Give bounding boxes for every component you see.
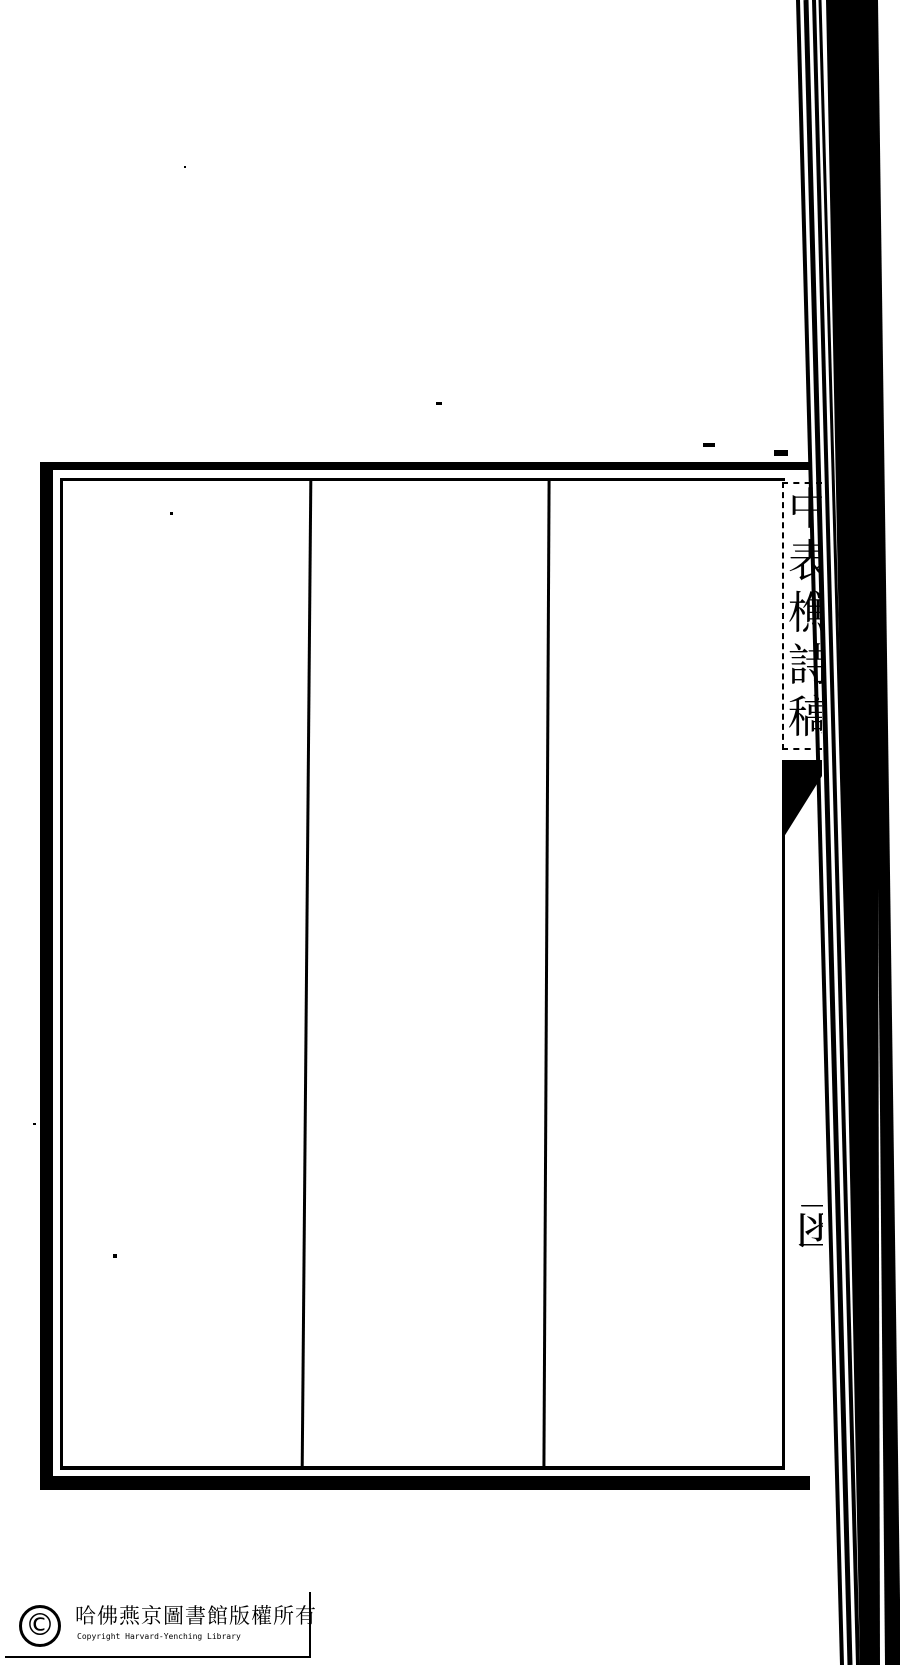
- copyright-icon: ©: [19, 1605, 61, 1647]
- ink-speck: [113, 1254, 117, 1258]
- ink-speck: [33, 1123, 36, 1125]
- copyright-english: Copyright Harvard-Yenching Library: [77, 1632, 241, 1641]
- title-slip: 中 表 樵 詩 稿: [782, 482, 822, 750]
- ink-speck: [436, 402, 442, 405]
- lower-label-char: 函: [795, 1198, 823, 1258]
- slip-column-line: [782, 830, 785, 1470]
- ink-speck: [774, 450, 788, 456]
- title-char-1: 中: [788, 484, 822, 536]
- ink-speck: [170, 512, 173, 515]
- title-char-4: 詩: [788, 640, 822, 692]
- title-char-3: 樵: [788, 588, 822, 640]
- ink-speck: [703, 443, 715, 447]
- page-frame-inner: [60, 478, 785, 1470]
- copyright-stamp: © 哈佛燕京圖書館版權所有 Copyright Harvard-Yenching…: [5, 1592, 311, 1658]
- title-char-2: 表: [788, 536, 822, 588]
- copyright-chinese: 哈佛燕京圖書館版權所有: [75, 1600, 317, 1630]
- ink-speck: [184, 166, 186, 168]
- title-char-5: 稿: [788, 692, 822, 744]
